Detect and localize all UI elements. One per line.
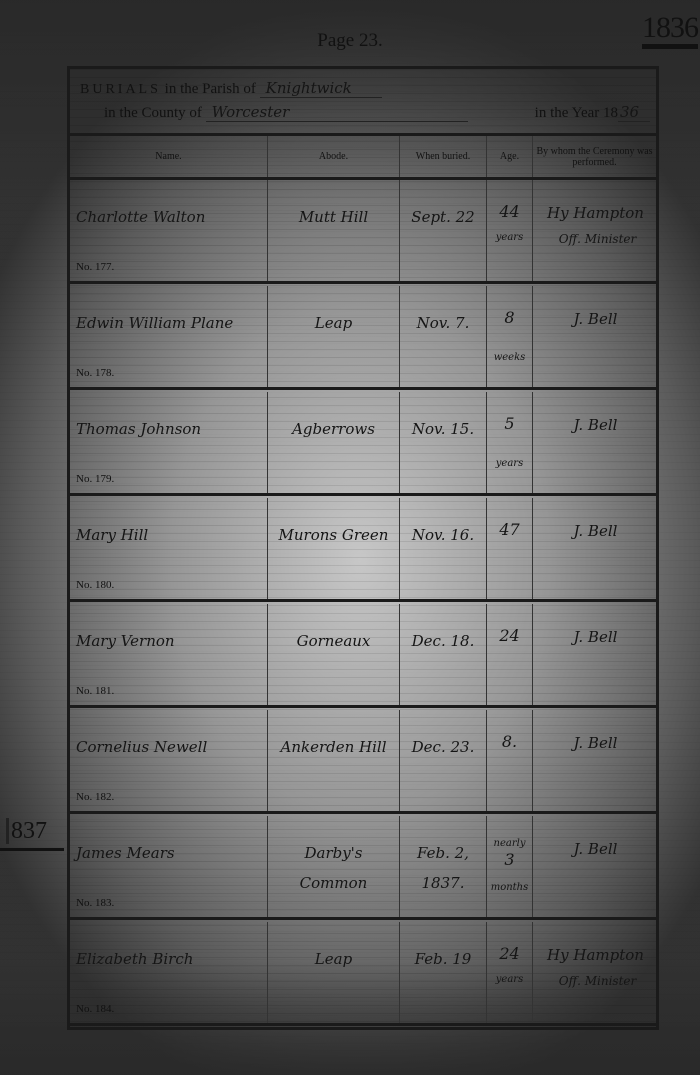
cell-abode: Ankerden Hill [268,710,400,811]
cell-name: Elizabeth BirchNo. 184. [70,922,268,1023]
officiant-name: Hy Hampton [539,946,652,964]
parish-name: Knightwick [260,79,382,98]
cell-age: 47 [487,498,533,599]
cell-officiant: Hy HamptonOff. Minister [533,180,656,281]
cell-age: 24 [487,604,533,705]
cell-abode: Leap [268,286,400,387]
cell-abode: Murons Green [268,498,400,599]
cell-name: Mary VernonNo. 181. [70,604,268,705]
burial-date: Nov. 16. [404,520,482,550]
officiant-name: J. Bell [539,310,652,328]
column-header-officiant: By whom the Ceremony was performed. [533,136,656,177]
cell-age: 8. [487,710,533,811]
age-qualifier: nearly [487,838,532,849]
cell-name: Thomas JohnsonNo. 179. [70,392,268,493]
age-value: 8. [487,732,532,751]
age-value: 24 [487,944,532,963]
burial-date: Feb. 19 [404,944,482,974]
parish-prefix: in the Parish of [161,81,256,97]
table-row: Elizabeth BirchNo. 184.LeapFeb. 1924year… [70,922,656,1026]
burial-date: Sept. 22 [404,202,482,232]
cell-officiant: J. Bell [533,710,656,811]
deceased-name: Charlotte Walton [76,202,263,232]
burial-date: Nov. 15. [404,414,482,444]
burial-date: Dec. 18. [404,626,482,656]
officiant-name: J. Bell [539,522,652,540]
abode: Mutt Hill [272,202,395,232]
county-name: Worcester [206,103,468,122]
cell-officiant: J. Bell [533,498,656,599]
abode: Darby's Common [272,838,395,898]
corner-year-stamp: 1836 [642,12,698,49]
officiant-title: Off. Minister [543,232,652,246]
age-value: 24 [487,626,532,645]
age-value: 5 [487,414,532,433]
deceased-name: Thomas Johnson [76,414,263,444]
cell-officiant: J. Bell [533,816,656,917]
cell-abode: Mutt Hill [268,180,400,281]
cell-when-buried: Feb. 19 [400,922,487,1023]
column-header-name: Name. [70,136,268,177]
year-prefix: in the Year 18 [535,105,618,121]
margin-year-stamp: 837 [6,818,47,844]
parish-line: BURIALS in the Parish of Knightwick [80,79,382,98]
deceased-name: Mary Hill [76,520,263,550]
cell-abode: Agberrows [268,392,400,493]
cell-abode: Darby's Common [268,816,400,917]
cell-age: nearly3months [487,816,533,917]
column-header-abode: Abode. [268,136,400,177]
cell-officiant: J. Bell [533,604,656,705]
abode: Murons Green [272,520,395,550]
entry-number: No. 179. [76,473,114,485]
year-line: in the Year 1836 [535,103,650,122]
burial-date: Dec. 23. [404,732,482,762]
table-row: Mary VernonNo. 181.GorneauxDec. 18.24J. … [70,604,656,708]
officiant-name: J. Bell [539,416,652,434]
entry-number: No. 181. [76,685,114,697]
column-headers: Name. Abode. When buried. Age. By whom t… [70,136,656,180]
abode: Ankerden Hill [272,732,395,762]
age-unit: months [487,882,532,893]
burial-register-table: BURIALS in the Parish of Knightwick in t… [67,66,659,1030]
table-row: James MearsNo. 183.Darby's CommonFeb. 2,… [70,816,656,920]
age-unit: weeks [487,352,532,363]
deceased-name: Elizabeth Birch [76,944,263,974]
cell-name: Mary HillNo. 180. [70,498,268,599]
deceased-name: Mary Vernon [76,626,263,656]
cell-officiant: Hy HamptonOff. Minister [533,922,656,1023]
age-value: 8 [487,308,532,327]
deceased-name: Edwin William Plane [76,308,263,338]
register-title: BURIALS in the Parish of Knightwick in t… [70,69,656,133]
officiant-name: J. Bell [539,840,652,858]
cell-abode: Leap [268,922,400,1023]
cell-when-buried: Nov. 15. [400,392,487,493]
table-row: Edwin William PlaneNo. 178.LeapNov. 7.8w… [70,286,656,390]
county-prefix: in the County of [104,105,202,121]
entry-number: No. 182. [76,791,114,803]
age-unit: years [487,974,532,985]
cell-officiant: J. Bell [533,392,656,493]
cell-when-buried: Feb. 2, 1837. [400,816,487,917]
table-row: Mary HillNo. 180.Murons GreenNov. 16.47J… [70,498,656,602]
officiant-title: Off. Minister [543,974,652,988]
age-value: 47 [487,520,532,539]
cell-abode: Gorneaux [268,604,400,705]
cell-name: Edwin William PlaneNo. 178. [70,286,268,387]
title-caps: BURIALS [80,82,161,97]
age-unit: years [487,458,532,469]
entry-number: No. 183. [76,897,114,909]
cell-when-buried: Dec. 23. [400,710,487,811]
officiant-name: J. Bell [539,628,652,646]
margin-year-underline [0,848,64,851]
table-row: Cornelius NewellNo. 182.Ankerden HillDec… [70,710,656,814]
cell-age: 5years [487,392,533,493]
officiant-name: J. Bell [539,734,652,752]
entry-number: No. 178. [76,367,114,379]
cell-age: 24years [487,922,533,1023]
deceased-name: Cornelius Newell [76,732,263,762]
entry-number: No. 184. [76,1003,114,1015]
abode: Agberrows [272,414,395,444]
entry-number: No. 177. [76,261,114,273]
age-value: 44 [487,202,532,221]
table-row: Charlotte WaltonNo. 177.Mutt HillSept. 2… [70,180,656,284]
cell-age: 44years [487,180,533,281]
burial-date: Nov. 7. [404,308,482,338]
column-header-age: Age. [487,136,533,177]
cell-age: 8weeks [487,286,533,387]
cell-when-buried: Nov. 7. [400,286,487,387]
abode: Gorneaux [272,626,395,656]
cell-when-buried: Sept. 22 [400,180,487,281]
officiant-name: Hy Hampton [539,204,652,222]
cell-when-buried: Dec. 18. [400,604,487,705]
burial-date: Feb. 2, 1837. [404,838,482,898]
cell-name: James MearsNo. 183. [70,816,268,917]
abode: Leap [272,308,395,338]
cell-name: Cornelius NewellNo. 182. [70,710,268,811]
year-suffix: 36 [618,103,650,122]
deceased-name: James Mears [76,838,263,868]
age-unit: years [487,232,532,243]
age-value: 3 [487,850,532,869]
county-line: in the County of Worcester [104,103,468,122]
cell-name: Charlotte WaltonNo. 177. [70,180,268,281]
entry-number: No. 180. [76,579,114,591]
page-number: Page 23. [0,30,700,52]
cell-when-buried: Nov. 16. [400,498,487,599]
column-header-when-buried: When buried. [400,136,487,177]
abode: Leap [272,944,395,974]
table-row: Thomas JohnsonNo. 179.AgberrowsNov. 15.5… [70,392,656,496]
cell-officiant: J. Bell [533,286,656,387]
